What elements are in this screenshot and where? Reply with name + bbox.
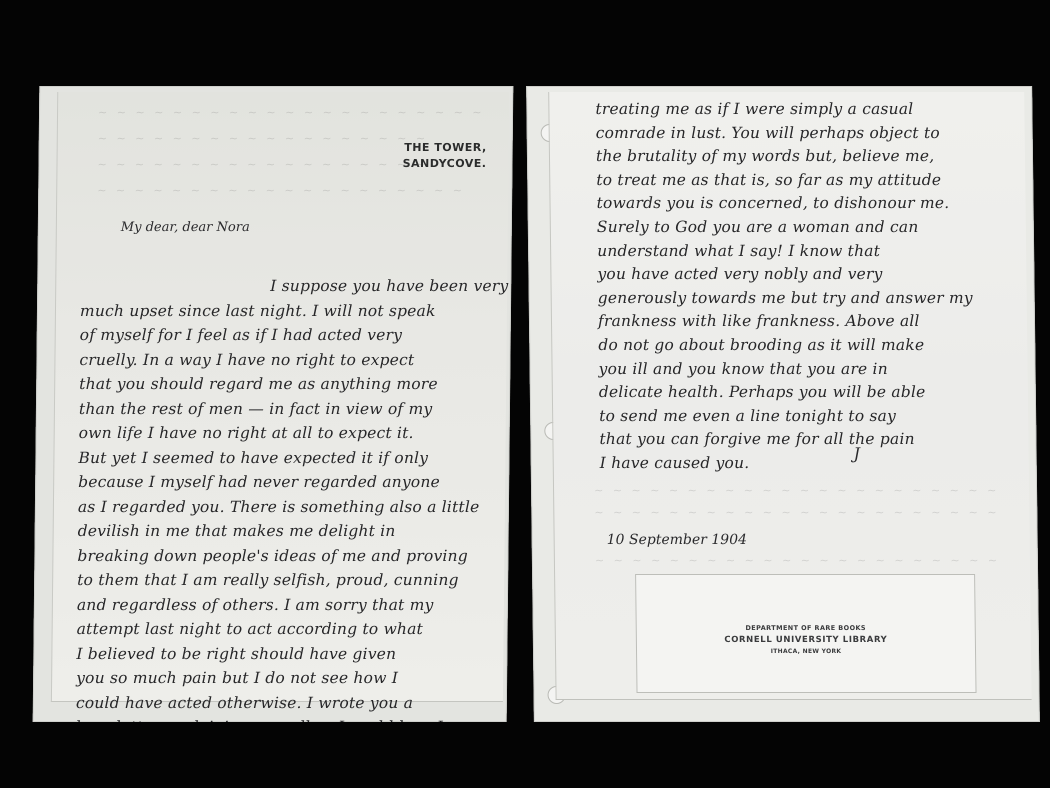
letter-line: cruelly. In a way I have no right to exp… [79, 348, 509, 373]
letter-line: that you should regard me as anything mo… [79, 372, 509, 397]
library-location: ITHACA, NEW YORK [637, 648, 975, 655]
letter-line: I suppose you have been very [80, 274, 510, 299]
letter-date: 10 September 1904 [607, 532, 748, 548]
letter-line: own life I have no right at all to expec… [79, 421, 509, 446]
letter-line: But yet I seemed to have expected it if … [78, 446, 508, 471]
salutation: My dear, dear Nora [121, 220, 250, 235]
letter-line: devilish in me that makes me delight in [78, 519, 508, 544]
letter-line: Surely to God you are a woman and can [597, 216, 1027, 240]
letter-line: as I regarded you. There is something al… [78, 495, 508, 520]
letterhead: THE TOWER, SANDYCOVE. [403, 140, 487, 172]
letter-line: long letter explaining as well as I coul… [75, 715, 505, 722]
letter-line: attempt last night to act according to w… [77, 617, 507, 642]
letter-sheet-right: treating me as if I were simply a casual… [548, 92, 1031, 700]
letter-page-left: ~ ~ ~ ~ ~ ~ ~ ~ ~ ~ ~ ~ ~ ~ ~ ~ ~ ~ ~ ~ … [33, 86, 514, 722]
signature: J [853, 444, 860, 463]
library-label: DEPARTMENT OF RARE BOOKS CORNELL UNIVERS… [635, 574, 976, 693]
letter-sheet-left: ~ ~ ~ ~ ~ ~ ~ ~ ~ ~ ~ ~ ~ ~ ~ ~ ~ ~ ~ ~ … [51, 92, 509, 702]
letter-line: towards you is concerned, to dishonour m… [596, 192, 1026, 216]
letter-line: and regardless of others. I am sorry tha… [77, 593, 507, 618]
letter-line: to send me even a line tonight to say [599, 405, 1029, 429]
bleed-through-text: ~ ~ ~ ~ ~ ~ ~ ~ ~ ~ ~ ~ ~ ~ ~ ~ ~ ~ ~ ~ … [98, 106, 489, 119]
letter-line: than the rest of men — in fact in view o… [79, 397, 509, 422]
bleed-through-text: ~ ~ ~ ~ ~ ~ ~ ~ ~ ~ ~ ~ ~ ~ ~ ~ ~ ~ ~ ~ [97, 184, 488, 197]
letter-line: you so much pain but I do not see how I [76, 666, 506, 691]
letter-line: breaking down people's ideas of me and p… [77, 544, 507, 569]
library-department: DEPARTMENT OF RARE BOOKS [637, 624, 975, 632]
letter-line: frankness with like frankness. Above all [598, 310, 1028, 334]
letter-line: to them that I am really selfish, proud,… [77, 568, 507, 593]
letter-line: that you can forgive me for all the pain [599, 428, 1029, 452]
letter-line: you ill and you know that you are in [598, 358, 1028, 382]
letter-line: to treat me as that is, so far as my att… [596, 169, 1026, 193]
library-name: CORNELL UNIVERSITY LIBRARY [637, 635, 975, 645]
letter-body-right: treating me as if I were simply a casual… [595, 98, 1030, 476]
bleed-through-text: ~ ~ ~ ~ ~ ~ ~ ~ ~ ~ ~ ~ ~ ~ ~ ~ ~ ~ ~ ~ … [594, 506, 1009, 519]
photo-scene: ~ ~ ~ ~ ~ ~ ~ ~ ~ ~ ~ ~ ~ ~ ~ ~ ~ ~ ~ ~ … [0, 0, 1050, 788]
letter-line: I have caused you. [600, 452, 1030, 476]
letter-line: treating me as if I were simply a casual [595, 98, 1025, 122]
letter-line: comrade in lust. You will perhaps object… [596, 122, 1026, 146]
bleed-through-text: ~ ~ ~ ~ ~ ~ ~ ~ ~ ~ ~ ~ ~ ~ ~ ~ ~ ~ ~ ~ … [595, 554, 1010, 567]
letter-line: generously towards me but try and answer… [598, 287, 1028, 311]
letter-line: could have acted otherwise. I wrote you … [76, 691, 506, 716]
letter-line: do not go about brooding as it will make [598, 334, 1028, 358]
letter-line: understand what I say! I know that [597, 240, 1027, 264]
bleed-through-text: ~ ~ ~ ~ ~ ~ ~ ~ ~ ~ ~ ~ ~ ~ ~ ~ ~ ~ ~ ~ … [594, 484, 1009, 497]
letter-line: I believed to be right should have given [76, 642, 506, 667]
letter-page-right: treating me as if I were simply a casual… [526, 86, 1040, 722]
letterhead-line-1: THE TOWER, [403, 140, 487, 156]
letter-line: because I myself had never regarded anyo… [78, 470, 508, 495]
letter-line: you have acted very nobly and very [597, 263, 1027, 287]
letter-line: the brutality of my words but, believe m… [596, 145, 1026, 169]
letterhead-line-2: SANDYCOVE. [403, 156, 487, 172]
letter-line: delicate health. Perhaps you will be abl… [599, 381, 1029, 405]
letter-line: of myself for I feel as if I had acted v… [80, 323, 510, 348]
letter-body-left: I suppose you have been very much upset … [75, 274, 510, 722]
letter-line: much upset since last night. I will not … [80, 299, 510, 324]
